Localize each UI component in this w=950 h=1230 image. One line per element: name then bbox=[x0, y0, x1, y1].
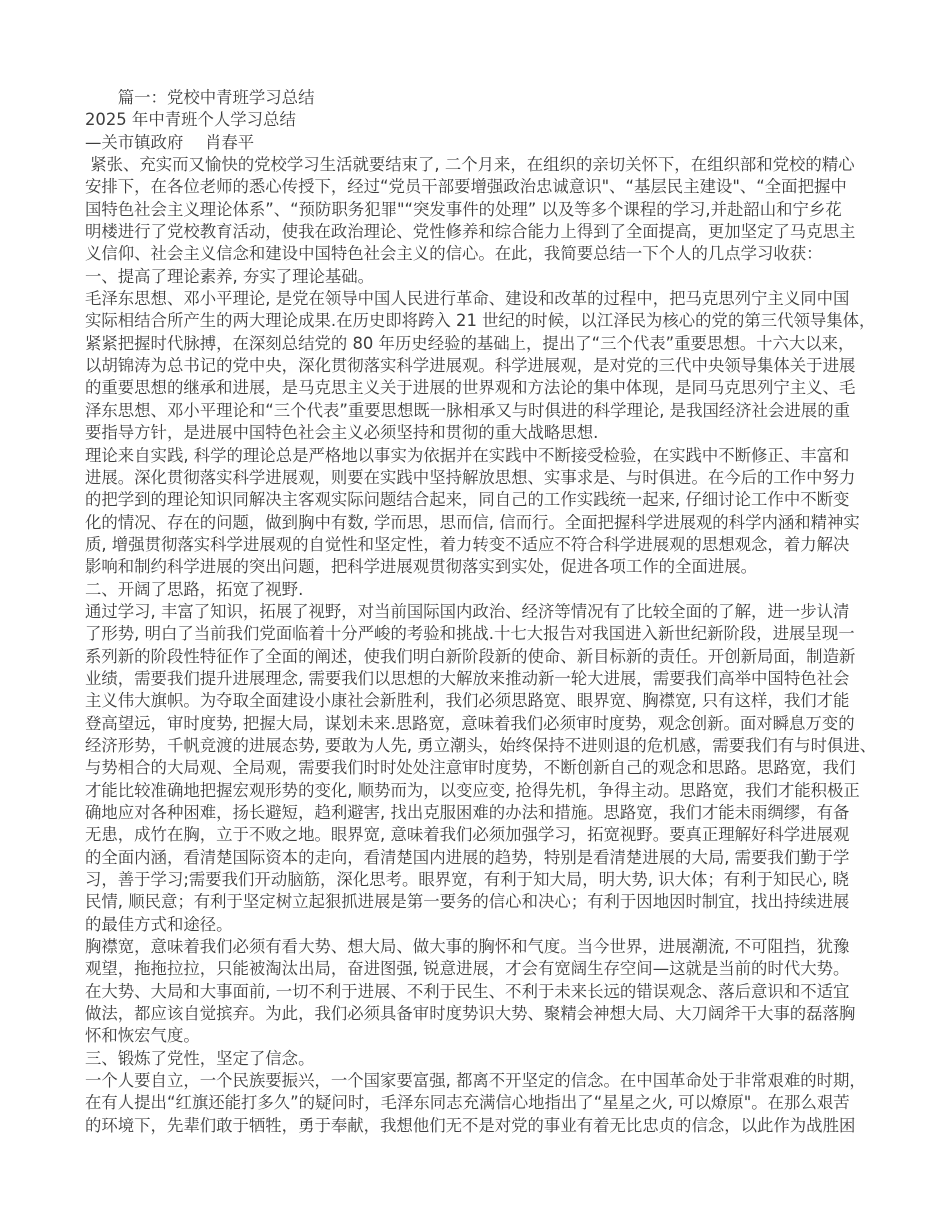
text-line: 做法，都应该自觉摈弃。为此，我们必须具备审时度势识大势、聚精会神想大局、大刀阔斧… bbox=[85, 1003, 895, 1025]
text-line: 篇一：党校中青班学习总结 bbox=[85, 87, 895, 109]
text-line: —关市镇政府 肖春平 bbox=[85, 132, 895, 154]
text-line: 经济形势，千帆竞渡的进展态势, 要敢为人先, 勇立潮头，始终保持不进则退的危机感… bbox=[85, 735, 895, 757]
text-line: 习，善于学习;需要我们开动脑筋，深化思考。眼界宽，有利于知大局，明大势, 识大体… bbox=[85, 869, 895, 891]
document-page: 篇一：党校中青班学习总结2025 年中青班个人学习总结—关市镇政府 肖春平 紧张… bbox=[0, 0, 950, 1230]
text-line: 质, 增强贯彻落实科学进展观的自觉性和坚定性，着力转变不适应不符合科学进展观的思… bbox=[85, 534, 895, 556]
text-line: 的环境下，先辈们敢于牺牲，勇于奉献，我想他们无不是对党的事业有着无比忠贞的信念，… bbox=[85, 1115, 895, 1137]
text-line: 紧紧把握时代脉搏，在深刻总结党的 80 年历史经验的基础上，提出了“三个代表”重… bbox=[85, 333, 895, 355]
text-line: 民情, 顺民意；有利于坚定树立起狠抓进展是第一要务的信心和决心；有利于因地因时制… bbox=[85, 891, 895, 913]
text-line: 登高望远，审时度势, 把握大局，谋划未来.思路宽，意味着我们必须审时度势，观念创… bbox=[85, 713, 895, 735]
text-line: 毛泽东思想、邓小平理论, 是党在领导中国人民进行革命、建设和改革的过程中，把马克… bbox=[85, 288, 895, 310]
text-line: 在有人提出“红旗还能打多久”的疑问时，毛泽东同志充满信心地指出了“星星之火, 可… bbox=[85, 1092, 895, 1114]
text-line: 进展。深化贯彻落实科学进展观，则要在实践中坚持解放思想、实事求是、与时俱进。在今… bbox=[85, 467, 895, 489]
text-line: 系列新的阶段性特征作了全面的阐述，使我们明白新阶段新的使命、新目标新的责任。开创… bbox=[85, 646, 895, 668]
text-line: 通过学习, 丰富了知识，拓展了视野，对当前国际国内政治、经济等情况有了比较全面的… bbox=[85, 601, 895, 623]
text-line: 理论来自实践, 科学的理论总是严格地以事实为依据并在实践中不断接受检验，在实践中… bbox=[85, 445, 895, 467]
text-line: 一、提高了理论素养, 夯实了理论基础。 bbox=[85, 266, 895, 288]
text-line: 安排下，在各位老师的悉心传授下，经过“党员干部要增强政治忠诚意识"、“基层民主建… bbox=[85, 176, 895, 198]
text-line: 的把学到的理论知识同解决主客观实际问题结合起来，同自己的工作实践统一起来, 仔细… bbox=[85, 489, 895, 511]
text-line: 2025 年中青班个人学习总结 bbox=[85, 109, 895, 131]
text-line: 无患，成竹在胸，立于不败之地。眼界宽, 意味着我们必须加强学习，拓宽视野。要真正… bbox=[85, 824, 895, 846]
text-line: 的重要思想的继承和进展，是马克思主义关于进展的世界观和方法论的集中体现，是同马克… bbox=[85, 377, 895, 399]
text-line: 胸襟宽，意味着我们必须有看大势、想大局、做大事的胸怀和气度。当今世界，进展潮流,… bbox=[85, 936, 895, 958]
text-line: 主义伟大旗帜。为夺取全面建设小康社会新胜利，我们必须思路宽、眼界宽、胸襟宽, 只… bbox=[85, 690, 895, 712]
text-line: 化的情况、存在的问题，做到胸中有数, 学而思，思而信, 信而行。全面把握科学进展… bbox=[85, 512, 895, 534]
text-line: 的最佳方式和途径。 bbox=[85, 914, 895, 936]
text-line: 怀和恢宏气度。 bbox=[85, 1025, 895, 1047]
text-line: 的全面内涵，看清楚国际资本的走向，看清楚国内进展的趋势，特别是看清楚进展的大局,… bbox=[85, 847, 895, 869]
text-line: 业绩，需要我们提升进展理念, 需要我们以思想的大解放来推动新一轮大进展，需要我们… bbox=[85, 668, 895, 690]
text-line: 三、锻炼了党性，坚定了信念。 bbox=[85, 1048, 895, 1070]
text-line: 实际相结合所产生的两大理论成果.在历史即将跨入 21 世纪的时候，以江泽民为核心… bbox=[85, 310, 895, 332]
text-line: 了形势, 明白了当前我们党面临着十分严峻的考验和挑战.十七大报告对我国进入新世纪… bbox=[85, 623, 895, 645]
text-line: 与势相合的大局观、全局观，需要我们时时处处注意审时度势，不断创新自己的观念和思路… bbox=[85, 757, 895, 779]
text-line: 影响和制约科学进展的突出问题，把科学进展观贯彻落实到实处，促进各项工作的全面进展… bbox=[85, 556, 895, 578]
text-line: 泽东思想、邓小平理论和“三个代表”重要思想既一脉相承又与时俱进的科学理论, 是我… bbox=[85, 400, 895, 422]
text-line: 才能比较准确地把握宏观形势的变化, 顺势而为，以变应变, 抢得先机，争得主动。思… bbox=[85, 780, 895, 802]
text-line: 义信仰、社会主义信念和建设中国特色社会主义的信心。在此，我简要总结一下个人的几点… bbox=[85, 243, 895, 265]
text-line: 紧张、充实而又愉快的党校学习生活就要结束了, 二个月来，在组织的亲切关怀下，在组… bbox=[85, 154, 895, 176]
text-line: 明楼进行了党校教育活动，使我在政治理论、党性修养和综合能力上得到了全面提高，更加… bbox=[85, 221, 895, 243]
text-line: 要指导方针，是进展中国特色社会主义必须坚持和贯彻的重大战略思想. bbox=[85, 422, 895, 444]
text-line: 一个人要自立，一个民族要振兴，一个国家要富强, 都离不开坚定的信念。在中国革命处… bbox=[85, 1070, 895, 1092]
text-line: 以胡锦涛为总书记的党中央，深化贯彻落实科学进展观。科学进展观，是对党的三代中央领… bbox=[85, 355, 895, 377]
text-line: 确地应对各种困难，扬长避短，趋利避害, 找出克服困难的办法和措施。思路宽，我们才… bbox=[85, 802, 895, 824]
text-line: 二、开阔了思路，拓宽了视野. bbox=[85, 579, 895, 601]
document-body: 篇一：党校中青班学习总结2025 年中青班个人学习总结—关市镇政府 肖春平 紧张… bbox=[85, 87, 895, 1137]
text-line: 在大势、大局和大事面前, 一切不利于进展、不利于民生、不利于未来长远的错误观念、… bbox=[85, 981, 895, 1003]
text-line: 国特色社会主义理论体系”、“预防职务犯罪"“突发事件的处理” 以及等多个课程的学… bbox=[85, 199, 895, 221]
text-line: 观望，拖拖拉拉，只能被淘汰出局，奋进图强, 锐意进展，才会有宽阔生存空间—这就是… bbox=[85, 958, 895, 980]
